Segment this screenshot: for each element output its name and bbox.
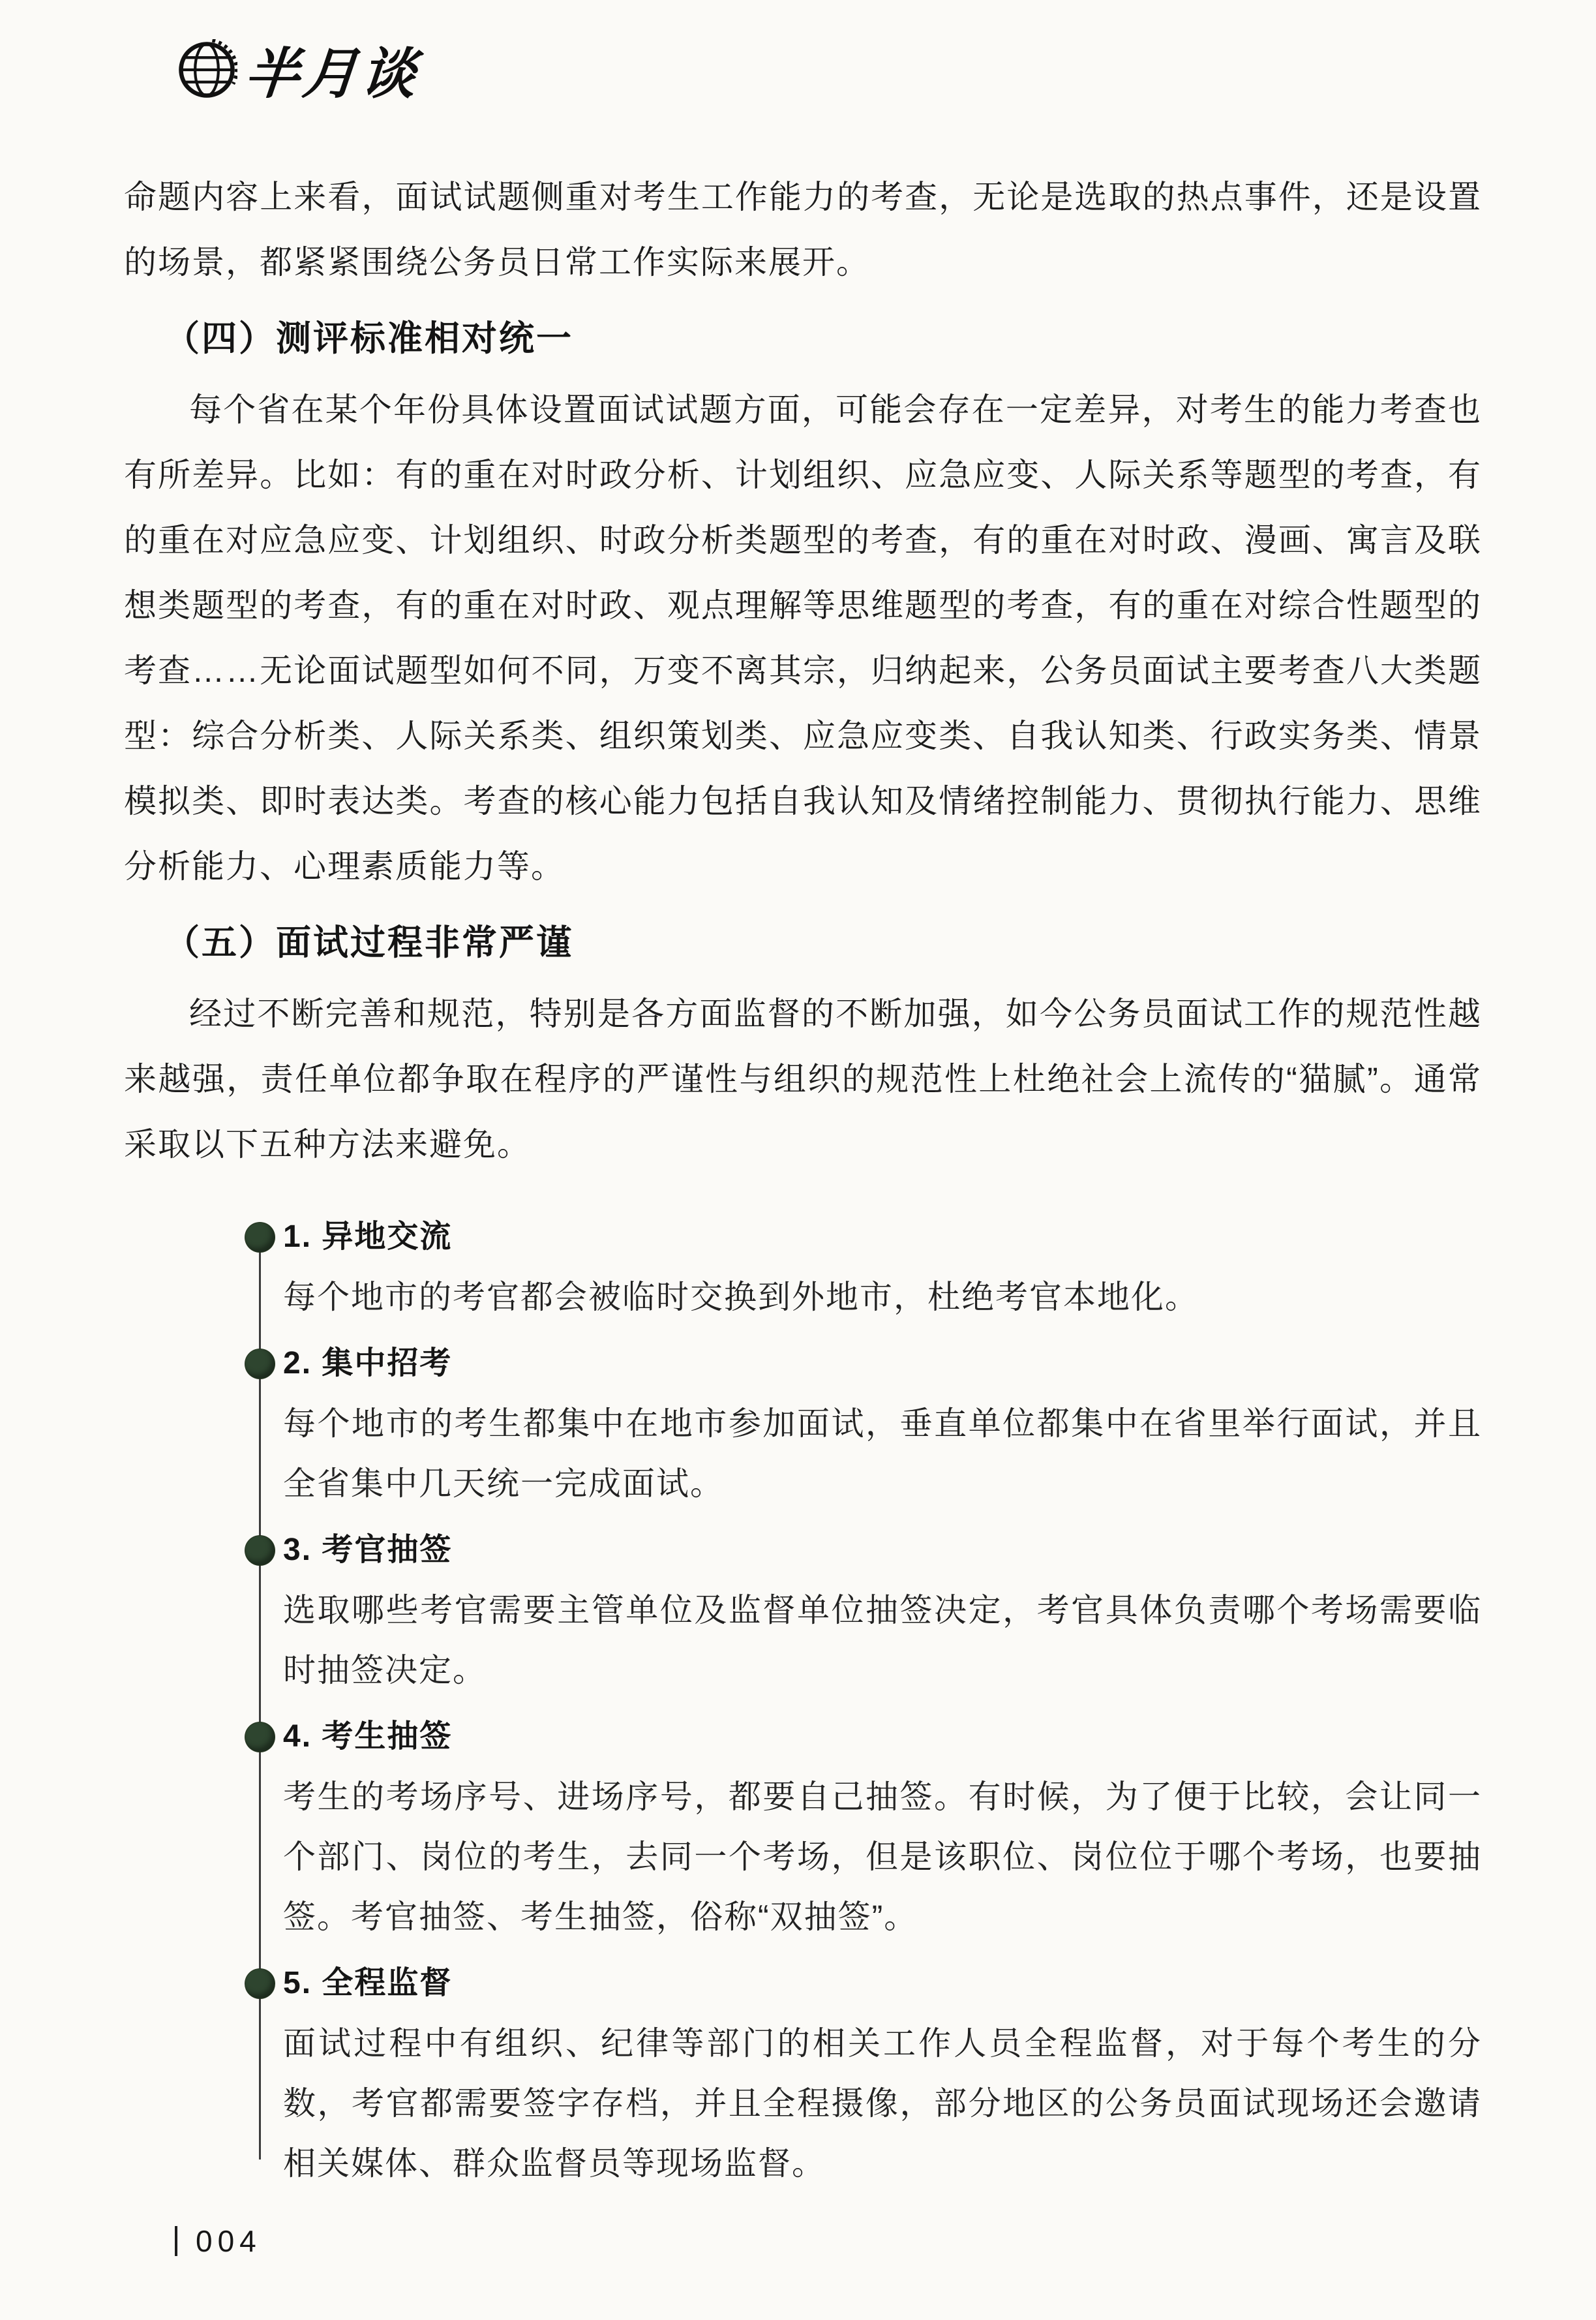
intro-paragraph: 命题内容上来看，面试试题侧重对考生工作能力的考查，无论是选取的热点事件，还是设置… — [124, 164, 1482, 295]
list-item-1: 1. 异地交流 每个地市的考官都会被临时交换到外地市，杜绝考官本地化。 — [245, 1207, 1482, 1327]
bullet-icon — [245, 1223, 275, 1252]
bullet-icon — [245, 1349, 275, 1379]
list-item-body: 每个地市的考官都会被临时交换到外地市，杜绝考官本地化。 — [283, 1267, 1482, 1327]
list-item-title: 1. 异地交流 — [283, 1207, 1482, 1267]
list-item-body: 选取哪些考官需要主管单位及监督单位抽签决定，考官具体负责哪个考场需要临时抽签决定… — [283, 1580, 1482, 1700]
list-item-4: 4. 考生抽签 考生的考场序号、进场序号，都要自己抽签。有时候，为了便于比较，会… — [245, 1707, 1482, 1947]
section-heading-4: （四）测评标准相对统一 — [164, 316, 1482, 361]
list-item-title: 2. 集中招考 — [283, 1334, 1482, 1394]
globe-icon — [176, 39, 237, 100]
book-page: 半月谈 命题内容上来看，面试试题侧重对考生工作能力的考查，无论是选取的热点事件，… — [0, 0, 1596, 2320]
method-list: 1. 异地交流 每个地市的考官都会被临时交换到外地市，杜绝考官本地化。 2. 集… — [245, 1207, 1482, 2193]
list-item-2: 2. 集中招考 每个地市的考生都集中在地市参加面试，垂直单位都集中在省里举行面试… — [245, 1334, 1482, 1514]
page-number: 004 — [196, 2223, 262, 2259]
list-item-body: 每个地市的考生都集中在地市参加面试，垂直单位都集中在省里举行面试，并且全省集中几… — [283, 1394, 1482, 1514]
list-item-3: 3. 考官抽签 选取哪些考官需要主管单位及监督单位抽签决定，考官具体负责哪个考场… — [245, 1520, 1482, 1700]
section-5-paragraph: 经过不断完善和规范，特别是各方面监督的不断加强，如今公务员面试工作的规范性越来越… — [124, 981, 1482, 1177]
section-heading-5: （五）面试过程非常严谨 — [164, 920, 1482, 966]
page-number-divider — [175, 2226, 177, 2256]
bullet-icon — [245, 1536, 275, 1565]
page-content: 命题内容上来看，面试试题侧重对考生工作能力的考查，无论是选取的热点事件，还是设置… — [124, 164, 1482, 2200]
list-item-body: 考生的考场序号、进场序号，都要自己抽签。有时候，为了便于比较，会让同一个部门、岗… — [283, 1767, 1482, 1947]
page-footer: 004 — [175, 2223, 262, 2259]
list-item-title: 3. 考官抽签 — [283, 1520, 1482, 1580]
bullet-icon — [245, 1722, 275, 1752]
list-item-title: 5. 全程监督 — [283, 1953, 1482, 2013]
list-item-5: 5. 全程监督 面试过程中有组织、纪律等部门的相关工作人员全程监督，对于每个考生… — [245, 1953, 1482, 2193]
logo-text: 半月谈 — [242, 30, 423, 109]
list-item-body: 面试过程中有组织、纪律等部门的相关工作人员全程监督，对于每个考生的分数，考官都需… — [283, 2013, 1482, 2193]
logo: 半月谈 — [176, 30, 419, 109]
list-item-title: 4. 考生抽签 — [283, 1707, 1482, 1767]
section-4-paragraph: 每个省在某个年份具体设置面试试题方面，可能会存在一定差异，对考生的能力考查也有所… — [124, 377, 1482, 899]
bullet-icon — [245, 1969, 275, 1998]
